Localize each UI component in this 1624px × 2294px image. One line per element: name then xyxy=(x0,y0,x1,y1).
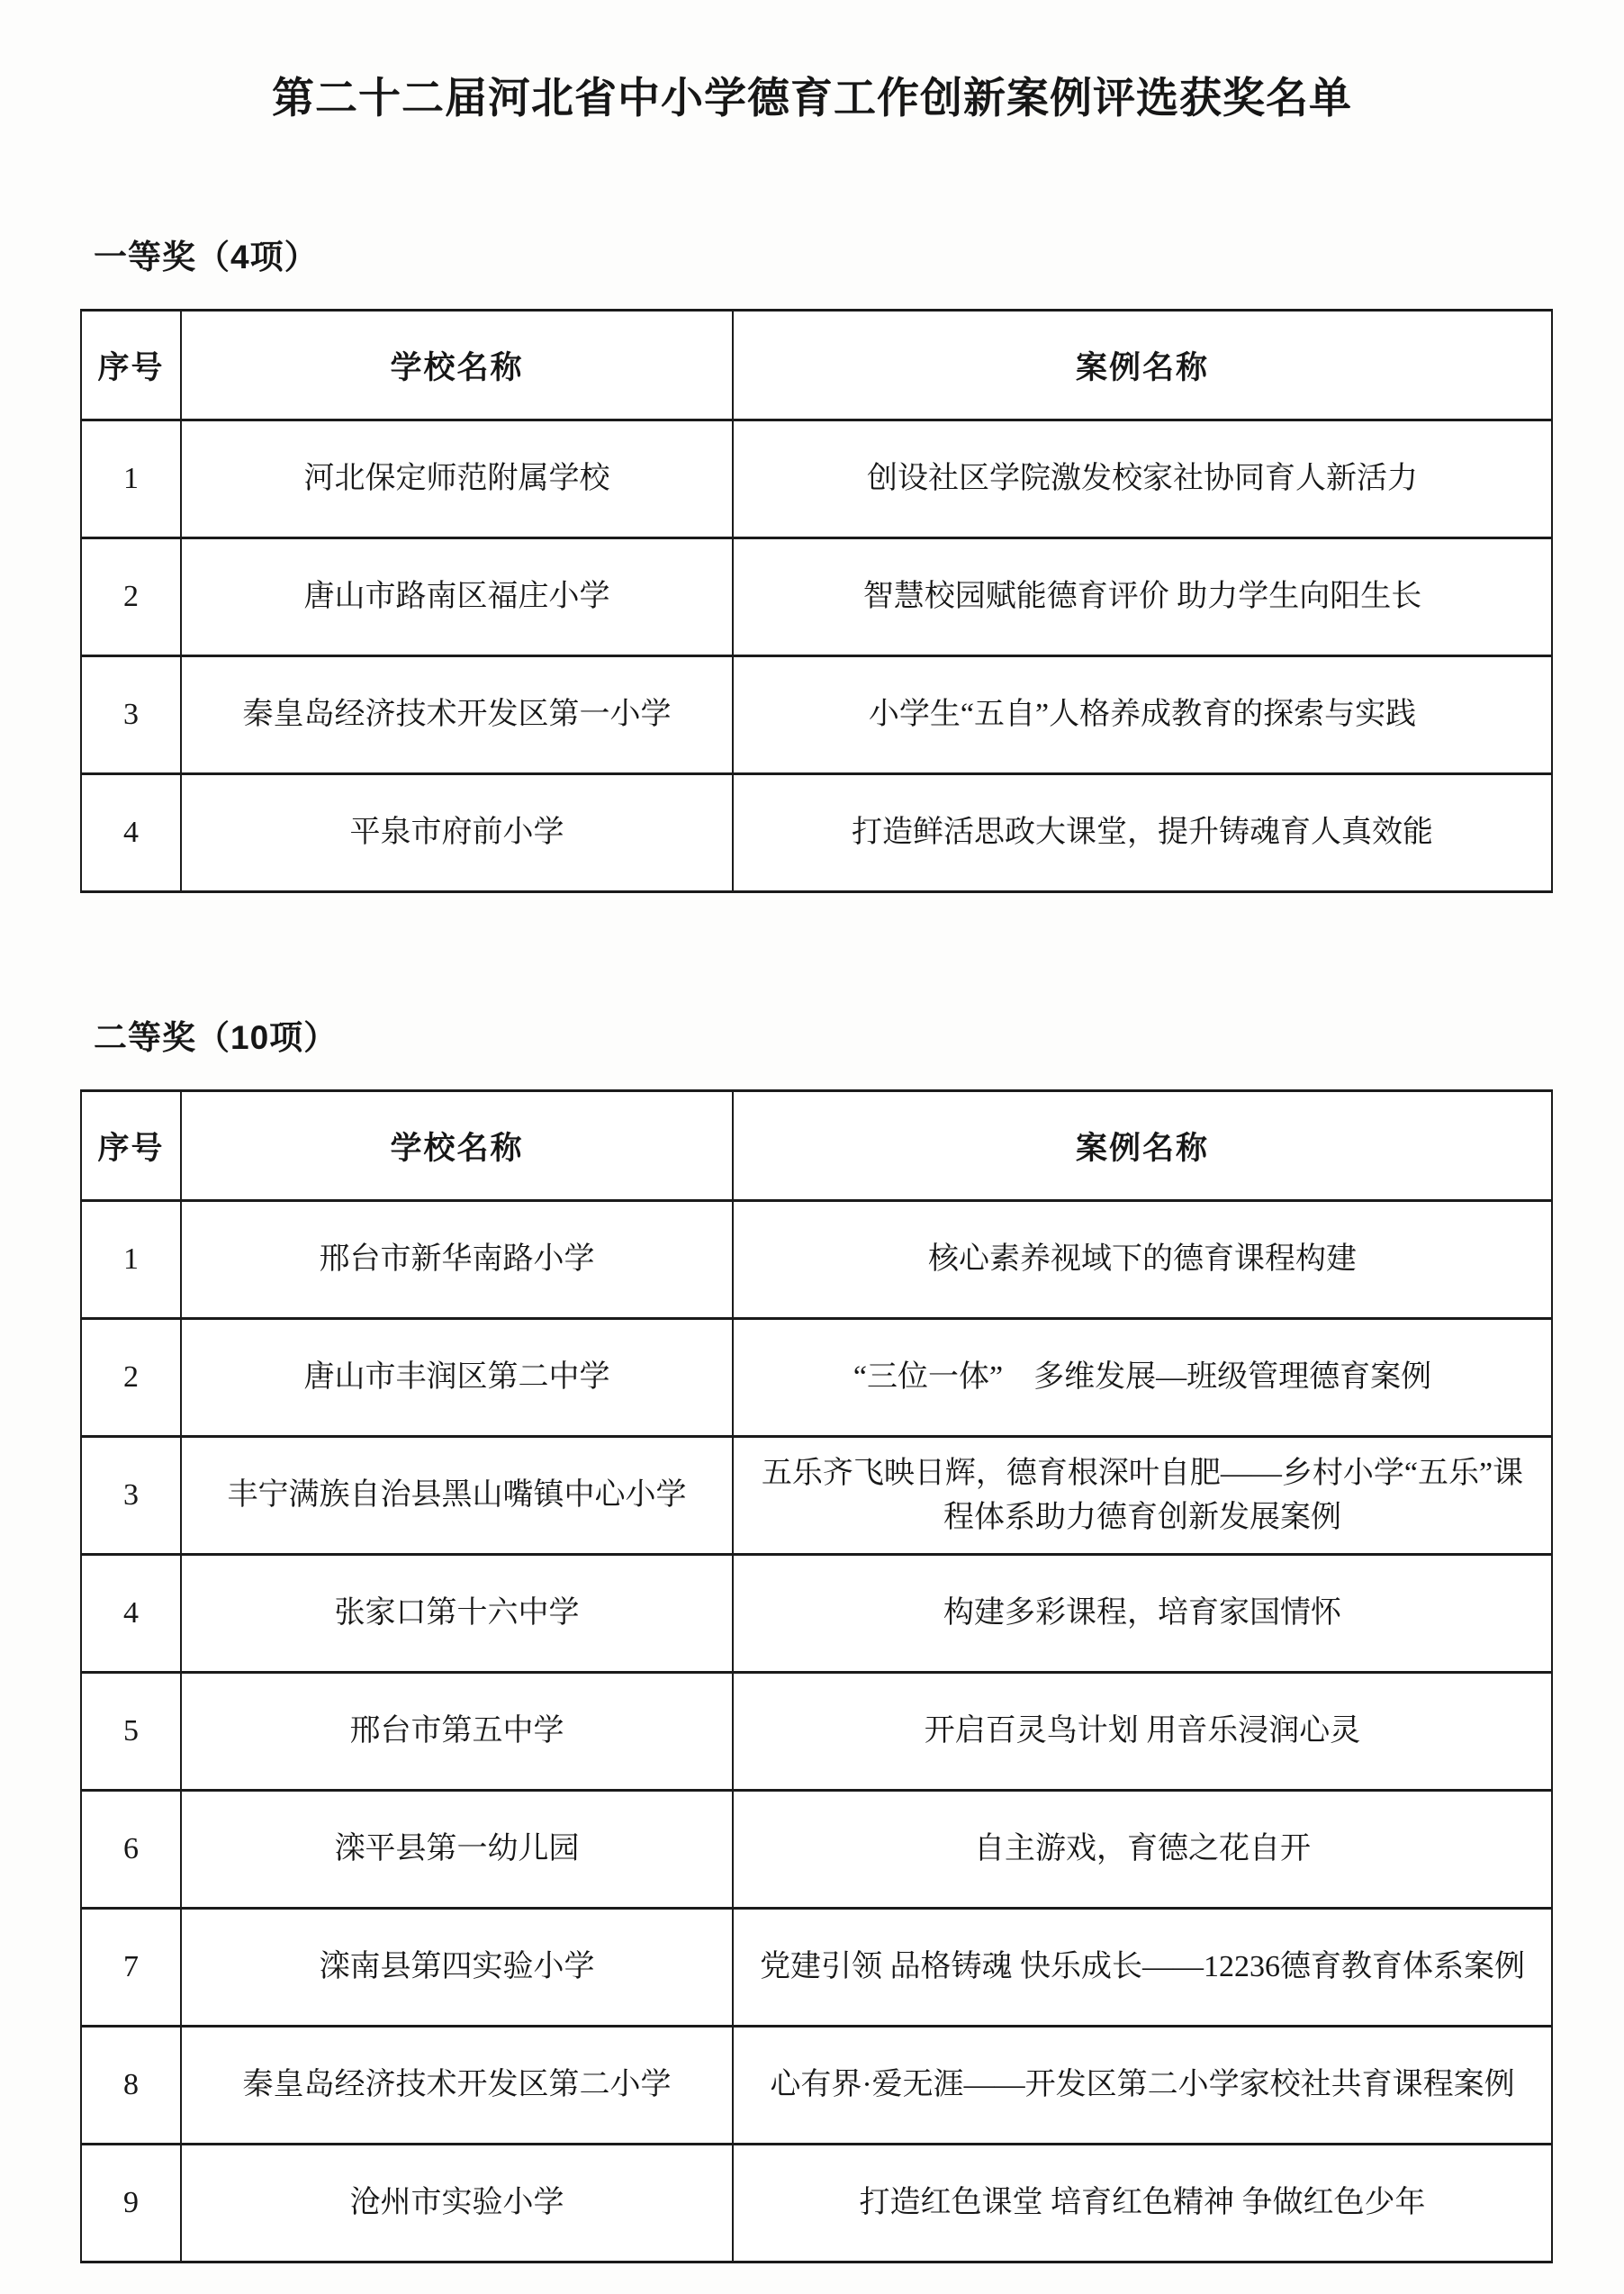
table-row: 4平泉市府前小学打造鲜活思政大课堂，提升铸魂育人真效能 xyxy=(81,774,1552,892)
table-row: 7滦南县第四实验小学党建引领 品格铸魂 快乐成长——12236德育教育体系案例 xyxy=(81,1909,1552,2027)
case-name: 构建多彩课程，培育家国情怀 xyxy=(733,1555,1552,1673)
section-heading-second-prize: 二等奖（10项） xyxy=(94,1010,1624,1059)
case-name: 开启百灵鸟计划 用音乐浸润心灵 xyxy=(733,1673,1552,1791)
school-name: 沧州市实验小学 xyxy=(181,2145,733,2262)
case-name: 打造红色课堂 培育红色精神 争做红色少年 xyxy=(733,2145,1552,2262)
row-number: 2 xyxy=(81,1319,181,1437)
table-row: 2唐山市路南区福庄小学智慧校园赋能德育评价 助力学生向阳生长 xyxy=(81,538,1552,656)
document-page: 第二十二届河北省中小学德育工作创新案例评选获奖名单 一等奖（4项） 序号 学校名… xyxy=(0,0,1624,2294)
case-name: 小学生“五自”人格养成教育的探索与实践 xyxy=(733,656,1552,774)
row-number: 1 xyxy=(81,420,181,538)
row-number: 4 xyxy=(81,1555,181,1673)
table-row: 5邢台市第五中学开启百灵鸟计划 用音乐浸润心灵 xyxy=(81,1673,1552,1791)
table-row: 1河北保定师范附属学校创设社区学院激发校家社协同育人新活力 xyxy=(81,420,1552,538)
column-header-school: 学校名称 xyxy=(181,1091,733,1201)
case-name: “三位一体” 多维发展—班级管理德育案例 xyxy=(733,1319,1552,1437)
row-number: 8 xyxy=(81,2027,181,2145)
school-name: 河北保定师范附属学校 xyxy=(181,420,733,538)
row-number: 1 xyxy=(81,1201,181,1319)
section-second-prize: 二等奖（10项） 序号 学校名称 案例名称 1邢台市新华南路小学核心素养视域下的… xyxy=(0,1010,1624,2263)
case-name: 党建引领 品格铸魂 快乐成长——12236德育教育体系案例 xyxy=(733,1909,1552,2027)
case-name: 打造鲜活思政大课堂，提升铸魂育人真效能 xyxy=(733,774,1552,892)
column-header-no: 序号 xyxy=(81,1091,181,1201)
page-title: 第二十二届河北省中小学德育工作创新案例评选获奖名单 xyxy=(36,65,1588,125)
school-name: 平泉市府前小学 xyxy=(181,774,733,892)
table-row: 6滦平县第一幼儿园自主游戏，育德之花自开 xyxy=(81,1791,1552,1909)
table-row: 9沧州市实验小学打造红色课堂 培育红色精神 争做红色少年 xyxy=(81,2145,1552,2262)
school-name: 唐山市路南区福庄小学 xyxy=(181,538,733,656)
school-name: 唐山市丰润区第二中学 xyxy=(181,1319,733,1437)
case-name: 核心素养视域下的德育课程构建 xyxy=(733,1201,1552,1319)
school-name: 秦皇岛经济技术开发区第一小学 xyxy=(181,656,733,774)
row-number: 9 xyxy=(81,2145,181,2262)
row-number: 4 xyxy=(81,774,181,892)
section-heading-first-prize: 一等奖（4项） xyxy=(94,230,1624,278)
column-header-case: 案例名称 xyxy=(733,1091,1552,1201)
case-name: 创设社区学院激发校家社协同育人新活力 xyxy=(733,420,1552,538)
table-row: 4张家口第十六中学构建多彩课程，培育家国情怀 xyxy=(81,1555,1552,1673)
table-header-row: 序号 学校名称 案例名称 xyxy=(81,1091,1552,1201)
row-number: 2 xyxy=(81,538,181,656)
row-number: 3 xyxy=(81,1437,181,1555)
table-row: 1邢台市新华南路小学核心素养视域下的德育课程构建 xyxy=(81,1201,1552,1319)
column-header-no: 序号 xyxy=(81,311,181,420)
row-number: 5 xyxy=(81,1673,181,1791)
school-name: 丰宁满族自治县黑山嘴镇中心小学 xyxy=(181,1437,733,1555)
school-name: 张家口第十六中学 xyxy=(181,1555,733,1673)
column-header-case: 案例名称 xyxy=(733,311,1552,420)
school-name: 滦平县第一幼儿园 xyxy=(181,1791,733,1909)
school-name: 秦皇岛经济技术开发区第二小学 xyxy=(181,2027,733,2145)
table-row: 3丰宁满族自治县黑山嘴镇中心小学五乐齐飞映日辉，德育根深叶自肥——乡村小学“五乐… xyxy=(81,1437,1552,1555)
table-row: 3秦皇岛经济技术开发区第一小学小学生“五自”人格养成教育的探索与实践 xyxy=(81,656,1552,774)
case-name: 自主游戏，育德之花自开 xyxy=(733,1791,1552,1909)
case-name: 智慧校园赋能德育评价 助力学生向阳生长 xyxy=(733,538,1552,656)
column-header-school: 学校名称 xyxy=(181,311,733,420)
row-number: 3 xyxy=(81,656,181,774)
first-prize-table: 序号 学校名称 案例名称 1河北保定师范附属学校创设社区学院激发校家社协同育人新… xyxy=(80,309,1553,893)
table-row: 2唐山市丰润区第二中学“三位一体” 多维发展—班级管理德育案例 xyxy=(81,1319,1552,1437)
school-name: 邢台市新华南路小学 xyxy=(181,1201,733,1319)
section-first-prize: 一等奖（4项） 序号 学校名称 案例名称 1河北保定师范附属学校创设社区学院激发… xyxy=(0,230,1624,893)
table-row: 8秦皇岛经济技术开发区第二小学心有界·爱无涯——开发区第二小学家校社共育课程案例 xyxy=(81,2027,1552,2145)
case-name: 心有界·爱无涯——开发区第二小学家校社共育课程案例 xyxy=(733,2027,1552,2145)
second-prize-table: 序号 学校名称 案例名称 1邢台市新华南路小学核心素养视域下的德育课程构建2唐山… xyxy=(80,1089,1553,2263)
school-name: 邢台市第五中学 xyxy=(181,1673,733,1791)
school-name: 滦南县第四实验小学 xyxy=(181,1909,733,2027)
row-number: 7 xyxy=(81,1909,181,2027)
row-number: 6 xyxy=(81,1791,181,1909)
case-name: 五乐齐飞映日辉，德育根深叶自肥——乡村小学“五乐”课程体系助力德育创新发展案例 xyxy=(733,1437,1552,1555)
table-header-row: 序号 学校名称 案例名称 xyxy=(81,311,1552,420)
